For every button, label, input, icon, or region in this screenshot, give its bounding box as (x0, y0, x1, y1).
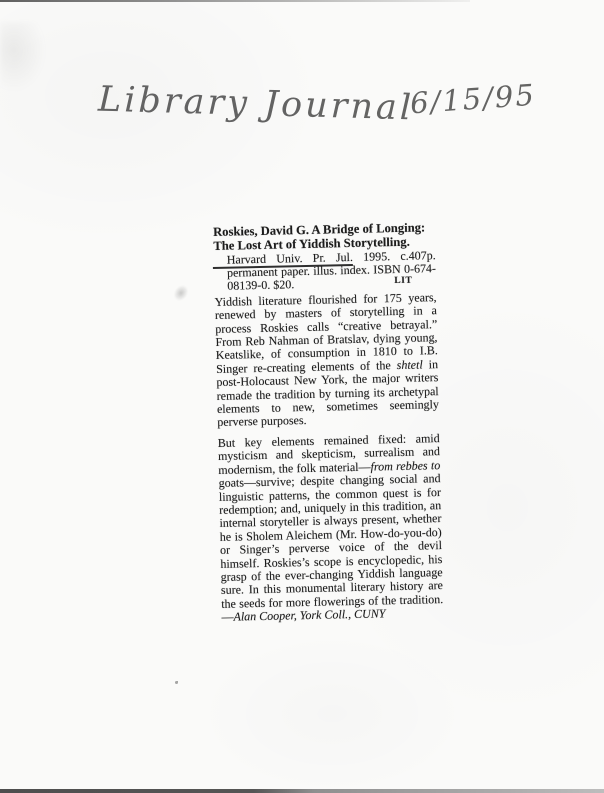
scan-smudge (0, 22, 46, 92)
review-paragraph: But key elements remained fixed: amid my… (218, 432, 444, 624)
imprint-block: Harvard Univ. Pr. Jul. 1995. c.407p. per… (214, 249, 437, 294)
handwritten-journal-name: Library Journal (98, 80, 415, 129)
subject-tag: LIT (390, 275, 412, 289)
italic-text: Alan Cooper, York Coll., CUNY (233, 606, 385, 623)
handwritten-date: 6/15/95 (409, 78, 537, 121)
scan-speck (175, 681, 178, 684)
italic-text: shtetl (397, 357, 423, 372)
review-paragraphs: Yiddish literature flourished for 175 ye… (215, 291, 444, 625)
clipping-edge-mark (170, 282, 192, 305)
review-paragraph: Yiddish literature flourished for 175 ye… (215, 291, 440, 430)
review-clipping: Roskies, David G. A Bridge of Longing: T… (213, 221, 444, 624)
scan-page: Library Journal 6/15/95 Roskies, David G… (0, 0, 604, 793)
scan-edge-bottom (0, 789, 604, 793)
body-text: goats—survive; despite changing social a… (218, 471, 443, 624)
scan-edge-top (0, 0, 470, 2)
